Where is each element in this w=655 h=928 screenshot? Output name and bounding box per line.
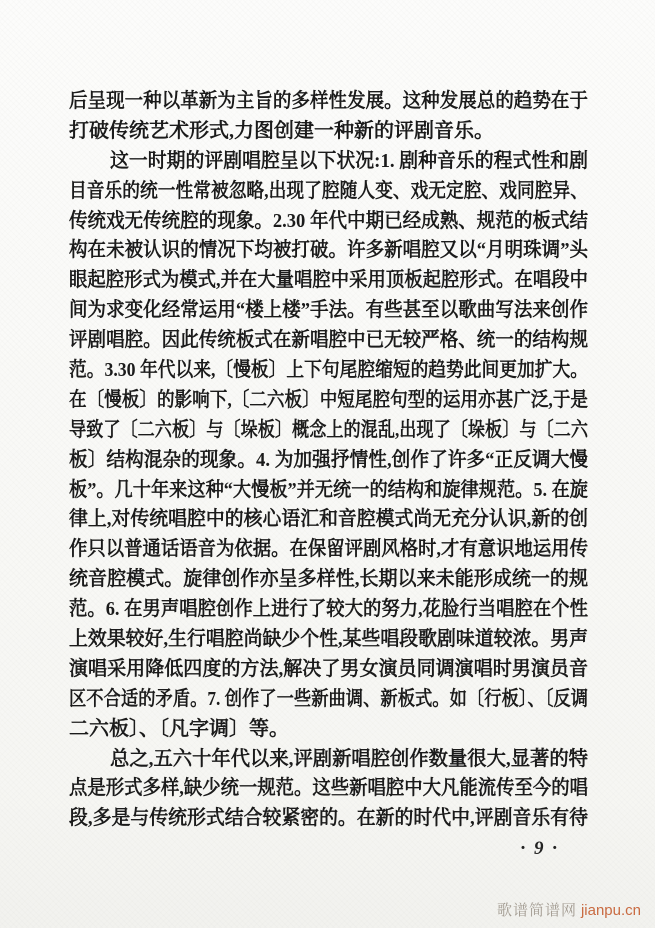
text-line-content: 评剧唱腔。因此传统板式在新唱腔中已无较严格、统一的结构规 [69,326,588,356]
text-line-content: 律上,对传统唱腔中的核心语汇和音腔模式尚无充分认识,新的创 [69,505,588,535]
text-line: 后呈现一种以革新为主旨的多样性发展。这种发展总的趋势在于 [69,87,588,117]
text-line: 打破传统艺术形式,力图创建一种新的评剧音乐。 [69,117,588,147]
page-number: · 9 · [521,835,560,863]
watermark-site-url: jianpu.cn [581,902,641,919]
text-line: 作只以普通话语音为依据。在保留评剧风格时,才有意识地运用传 [69,535,588,565]
text-line: 段,多是与传统形式结合较紧密的。在新的时代中,评剧音乐有待 [69,804,588,834]
body-text: 后呈现一种以革新为主旨的多样性发展。这种发展总的趋势在于 打破传统艺术形式,力图… [69,87,588,834]
text-line: 这一时期的评剧唱腔呈以下状况:1. 剧种音乐的程式性和剧 [69,147,588,177]
text-line-content: 段,多是与传统形式结合较紧密的。在新的时代中,评剧音乐有待 [69,804,588,834]
text-line-content: 点是形式多样,缺少统一规范。这些新唱腔中大凡能流传至今的唱 [69,774,588,804]
text-line-content: 上效果较好,生行唱腔尚缺少个性,某些唱段歌剧味道较浓。男声 [69,625,588,655]
text-line: 评剧唱腔。因此传统板式在新唱腔中已无较严格、统一的结构规 [69,326,588,356]
text-line-content: 在〔慢板〕的影响下,〔二六板〕中短尾腔句型的运用亦甚广泛,于是 [69,386,588,416]
text-line: 板〕结构混杂的现象。4. 为加强抒情性,创作了许多“正反调大慢 [69,446,588,476]
text-line: 构在未被认识的情况下均被打破。许多新唱腔又以“月明珠调”头 [69,236,588,266]
text-line: 传统戏无传统腔的现象。2.30 年代中期已经成熟、规范的板式结 [69,207,588,237]
text-line-content: 导致了〔二六板〕与〔垛板〕概念上的混乱,出现了〔垛板〕与〔二六 [69,416,588,446]
text-line-content: 总之,五六十年代以来,评剧新唱腔创作数量很大,显著的特 [110,745,588,775]
text-line-content: 间为求变化经常运用“楼上楼”手法。有些甚至以歌曲写法来创作 [69,296,588,326]
text-line-content: 构在未被认识的情况下均被打破。许多新唱腔又以“月明珠调”头 [69,236,588,266]
text-line: 总之,五六十年代以来,评剧新唱腔创作数量很大,显著的特 [69,745,588,775]
text-line-content: 传统戏无传统腔的现象。2.30 年代中期已经成熟、规范的板式结 [69,207,588,237]
text-line-content: 板〕结构混杂的现象。4. 为加强抒情性,创作了许多“正反调大慢 [69,446,588,476]
text-line: 间为求变化经常运用“楼上楼”手法。有些甚至以歌曲写法来创作 [69,296,588,326]
text-line-content: 范。6. 在男声唱腔创作上进行了较大的努力,花脸行当唱腔在个性 [69,595,588,625]
text-line: 二六板〕、〔凡字调〕等。 [69,715,588,745]
text-line-content: 目音乐的统一性常被忽略,出现了腔随人变、戏无定腔、戏同腔异、 [69,177,588,207]
text-line-content: 打破传统艺术形式,力图创建一种新的评剧音乐。 [69,117,494,147]
text-line: 板”。几十年来这种“大慢板”并无统一的结构和旋律规范。5. 在旋 [69,476,588,506]
text-line-content: 统音腔模式。旋律创作亦呈多样性,长期以来未能形成统一的规 [69,565,588,595]
text-line: 演唱采用降低四度的方法,解决了男女演员同调演唱时男演员音 [69,655,588,685]
book-page: 后呈现一种以革新为主旨的多样性发展。这种发展总的趋势在于 打破传统艺术形式,力图… [0,0,655,928]
text-line: 范。3.30 年代以来,〔慢板〕上下句尾腔缩短的趋势此间更加扩大。 [69,356,588,386]
text-line-content: 这一时期的评剧唱腔呈以下状况:1. 剧种音乐的程式性和剧 [110,147,588,177]
text-line: 目音乐的统一性常被忽略,出现了腔随人变、戏无定腔、戏同腔异、 [69,177,588,207]
text-line: 眼起腔形式为模式,并在大量唱腔中采用顶板起腔形式。在唱段中 [69,266,588,296]
text-line: 点是形式多样,缺少统一规范。这些新唱腔中大凡能流传至今的唱 [69,774,588,804]
text-line: 在〔慢板〕的影响下,〔二六板〕中短尾腔句型的运用亦甚广泛,于是 [69,386,588,416]
text-line-content: 范。3.30 年代以来,〔慢板〕上下句尾腔缩短的趋势此间更加扩大。 [69,356,588,386]
watermark: 歌谱简谱网jianpu.cn [497,899,641,920]
text-line: 统音腔模式。旋律创作亦呈多样性,长期以来未能形成统一的规 [69,565,588,595]
text-line: 区不合适的矛盾。7. 创作了一些新曲调、新板式。如〔行板〕、〔反调 [69,685,588,715]
text-line: 律上,对传统唱腔中的核心语汇和音腔模式尚无充分认识,新的创 [69,505,588,535]
text-line: 范。6. 在男声唱腔创作上进行了较大的努力,花脸行当唱腔在个性 [69,595,588,625]
text-line-content: 作只以普通话语音为依据。在保留评剧风格时,才有意识地运用传 [69,535,588,565]
watermark-site-name: 歌谱简谱网 [497,902,577,919]
text-line-content: 演唱采用降低四度的方法,解决了男女演员同调演唱时男演员音 [69,655,588,685]
text-line-content: 二六板〕、〔凡字调〕等。 [69,715,289,745]
text-line-content: 后呈现一种以革新为主旨的多样性发展。这种发展总的趋势在于 [69,87,588,117]
text-line-content: 板”。几十年来这种“大慢板”并无统一的结构和旋律规范。5. 在旋 [69,476,588,506]
text-line: 上效果较好,生行唱腔尚缺少个性,某些唱段歌剧味道较浓。男声 [69,625,588,655]
text-line: 导致了〔二六板〕与〔垛板〕概念上的混乱,出现了〔垛板〕与〔二六 [69,416,588,446]
text-line-content: 眼起腔形式为模式,并在大量唱腔中采用顶板起腔形式。在唱段中 [69,266,588,296]
text-line-content: 区不合适的矛盾。7. 创作了一些新曲调、新板式。如〔行板〕、〔反调 [69,685,588,715]
